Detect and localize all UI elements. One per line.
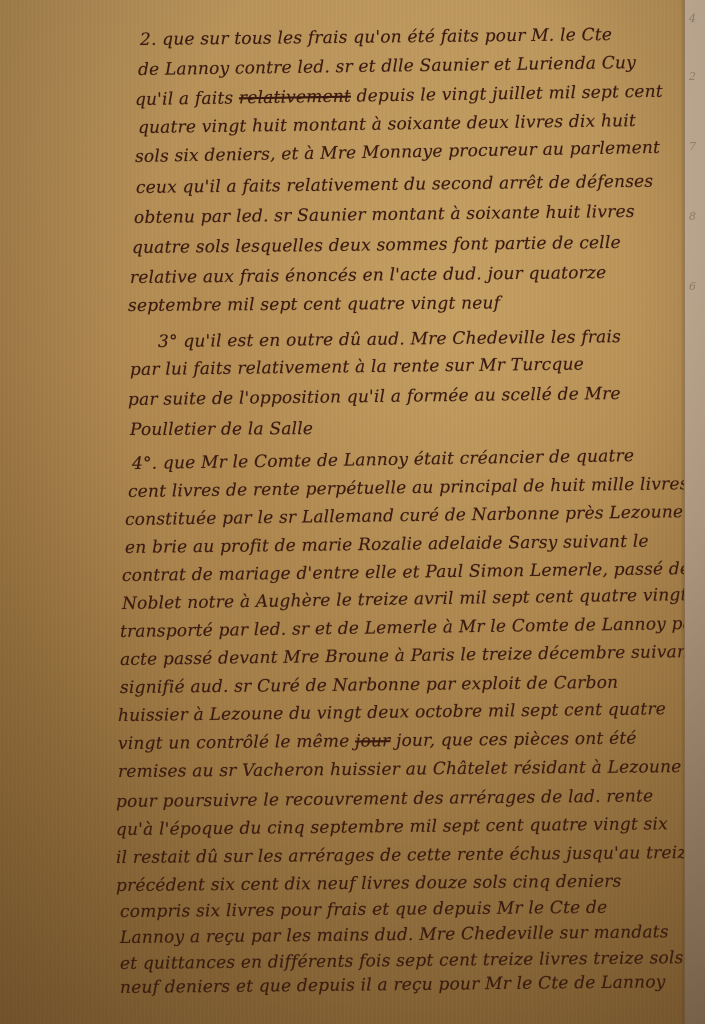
line-suffix: jour, que ces pièces ont été — [390, 729, 636, 752]
manuscript-line: huissier à Lezoune du vingt deux octobre… — [118, 699, 666, 726]
manuscript-line: et quittances en différents fois sept ce… — [120, 948, 684, 974]
struck-word: jour — [355, 731, 391, 751]
margin-glyph: 4 — [689, 12, 696, 25]
manuscript-line: sols six deniers, et à Mre Monnaye procu… — [135, 138, 660, 167]
manuscript-line: 3° qu'il est en outre dû aud. Mre Chedev… — [158, 327, 621, 352]
manuscript-line: relative aux frais énoncés en l'acte dud… — [130, 263, 607, 288]
manuscript-line: transporté par led. sr et de Lemerle à M… — [120, 614, 702, 642]
manuscript-line: Noblet notre à Aughère le treize avril m… — [122, 585, 688, 614]
manuscript-line: obtenu par led. sr Saunier montant à soi… — [134, 202, 635, 228]
manuscript-line: constituée par le sr Lallemand curé de N… — [125, 502, 684, 530]
manuscript-line: contrat de mariage d'entre elle et Paul … — [122, 559, 705, 586]
manuscript-line: 2. que sur tous les frais qu'on été fait… — [140, 25, 612, 50]
manuscript-line: quatre sols lesquelles deux sommes font … — [132, 233, 621, 258]
manuscript-line: ceux qu'il a faits relativement du secon… — [136, 172, 654, 198]
manuscript-line: septembre mil sept cent quatre vingt neu… — [128, 293, 500, 316]
manuscript-line: acte passé devant Mre Broune à Paris le … — [120, 642, 695, 670]
line-prefix: vingt un contrôlé le même — [118, 732, 355, 754]
manuscript-line: il restait dû sur les arrérages de cette… — [116, 843, 705, 868]
manuscript-line: qu'à l'époque du cinq septembre mil sept… — [116, 814, 668, 840]
manuscript-line: cent livres de rente perpétuelle au prin… — [128, 474, 689, 502]
adjacent-page-strip: 4 2 7 8 6 — [684, 0, 705, 1024]
manuscript-line: 4°. que Mr le Comte de Lannoy était créa… — [132, 446, 634, 474]
manuscript-line: compris six livres pour frais et que dep… — [120, 898, 607, 922]
manuscript-line: de Lannoy contre led. sr et dlle Saunier… — [138, 53, 636, 80]
margin-glyph: 2 — [689, 70, 696, 83]
manuscript-line: qu'il a faits relativement depuis le vin… — [135, 82, 663, 110]
manuscript-line: quatre vingt huit montant à soixante deu… — [138, 111, 636, 138]
margin-glyph: 7 — [689, 140, 696, 153]
manuscript-line: Lannoy a reçu par les mains dud. Mre Che… — [120, 922, 669, 948]
line-prefix: qu'il a faits — [135, 88, 239, 110]
manuscript-line: pour poursuivre le recouvrement des arré… — [116, 786, 654, 812]
manuscript-body: 2. que sur tous les frais qu'on été fait… — [0, 0, 705, 1024]
document-scan: 2. que sur tous les frais qu'on été fait… — [0, 0, 705, 1024]
manuscript-line: par suite de l'opposition qu'il a formée… — [128, 384, 621, 410]
manuscript-line: par lui faits relativement à la rente su… — [130, 354, 584, 380]
struck-word: relativement — [239, 87, 351, 109]
manuscript-line: précédent six cent dix neuf livres douze… — [116, 872, 622, 896]
manuscript-line: vingt un contrôlé le même jour jour, que… — [118, 729, 637, 754]
margin-glyph: 8 — [689, 210, 696, 223]
margin-glyph: 6 — [689, 280, 696, 293]
manuscript-line: en brie au profit de marie Rozalie adela… — [125, 532, 649, 558]
manuscript-line: signifié aud. sr Curé de Narbonne par ex… — [120, 673, 618, 698]
line-suffix: depuis le vingt juillet mil sept cent — [351, 82, 663, 107]
manuscript-line: Poulletier de la Salle — [130, 419, 313, 440]
manuscript-line: neuf deniers et que depuis il a reçu pou… — [120, 972, 666, 998]
manuscript-line: remises au sr Vacheron huissier au Châte… — [118, 757, 682, 782]
